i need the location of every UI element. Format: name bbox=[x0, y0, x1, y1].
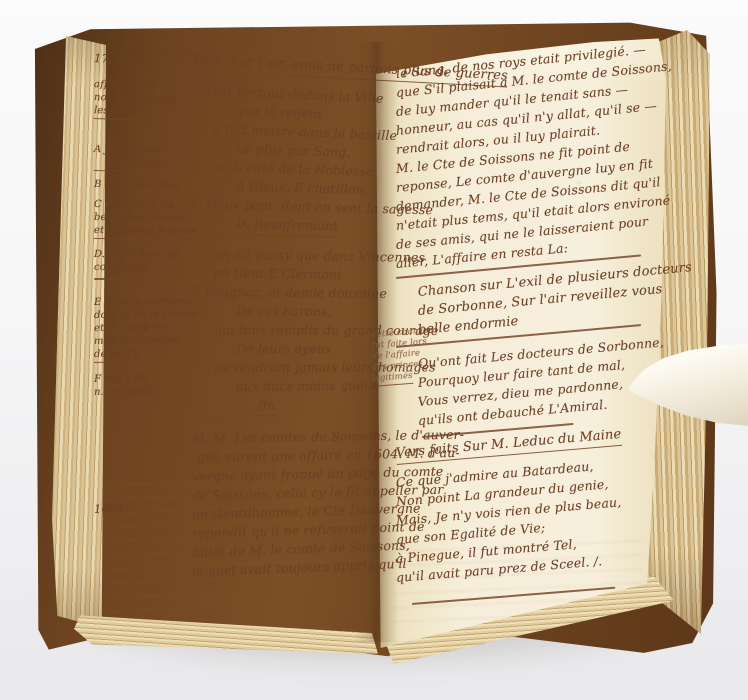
manuscript-line: courtenay bbox=[94, 261, 146, 274]
manuscript-line: C mari de n. de bbox=[94, 198, 174, 212]
photo-scene: 17. Juin1717.affaire de lanoblesse contr… bbox=[0, 0, 748, 700]
manuscript-line: De ces barons, bbox=[192, 301, 332, 321]
spacer bbox=[94, 239, 190, 248]
spacer bbox=[94, 399, 190, 503]
manuscript-line: aux ducs moins queux bbox=[192, 376, 379, 396]
manuscript-line: D. mary de n. de bbox=[94, 248, 180, 261]
manuscript-line: fin bbox=[192, 395, 275, 417]
left-margin-notes: 17. Juin1717.affaire de lanoblesse contr… bbox=[94, 52, 190, 516]
manuscript-line: on tient E Clermont bbox=[192, 263, 343, 284]
manuscript-line: et honneste homme bbox=[94, 224, 197, 240]
manuscript-line: 1604. bbox=[94, 502, 128, 516]
manuscript-line: D. Beaufremont bbox=[192, 213, 339, 237]
ink-rule bbox=[94, 278, 185, 280]
manuscript-line: de berry. bbox=[94, 347, 141, 363]
manuscript-line: de Rieux bbox=[94, 156, 162, 173]
manuscript-line: mde la duchesse bbox=[94, 333, 181, 348]
manuscript-line: les ducs. bbox=[94, 104, 140, 120]
right-main-text: le Sang, de nos roys etait privilegié. —… bbox=[396, 64, 658, 609]
manuscript-line: n. de mailly bbox=[94, 384, 155, 399]
manuscript-line: dont n. de la femme bbox=[94, 308, 198, 322]
manuscript-line: B le cordon bleu bbox=[94, 178, 180, 192]
manuscript-line: beringhen braves bbox=[94, 211, 185, 225]
manuscript-line: De leurs ayeux bbox=[192, 339, 332, 358]
spacer bbox=[94, 119, 190, 143]
manuscript-line: E c'est le clermont bbox=[94, 295, 192, 309]
gutter-shadow bbox=[354, 42, 398, 642]
left-main-text: Vers, Sur l'air, amis ne parlons plus de… bbox=[192, 50, 378, 581]
